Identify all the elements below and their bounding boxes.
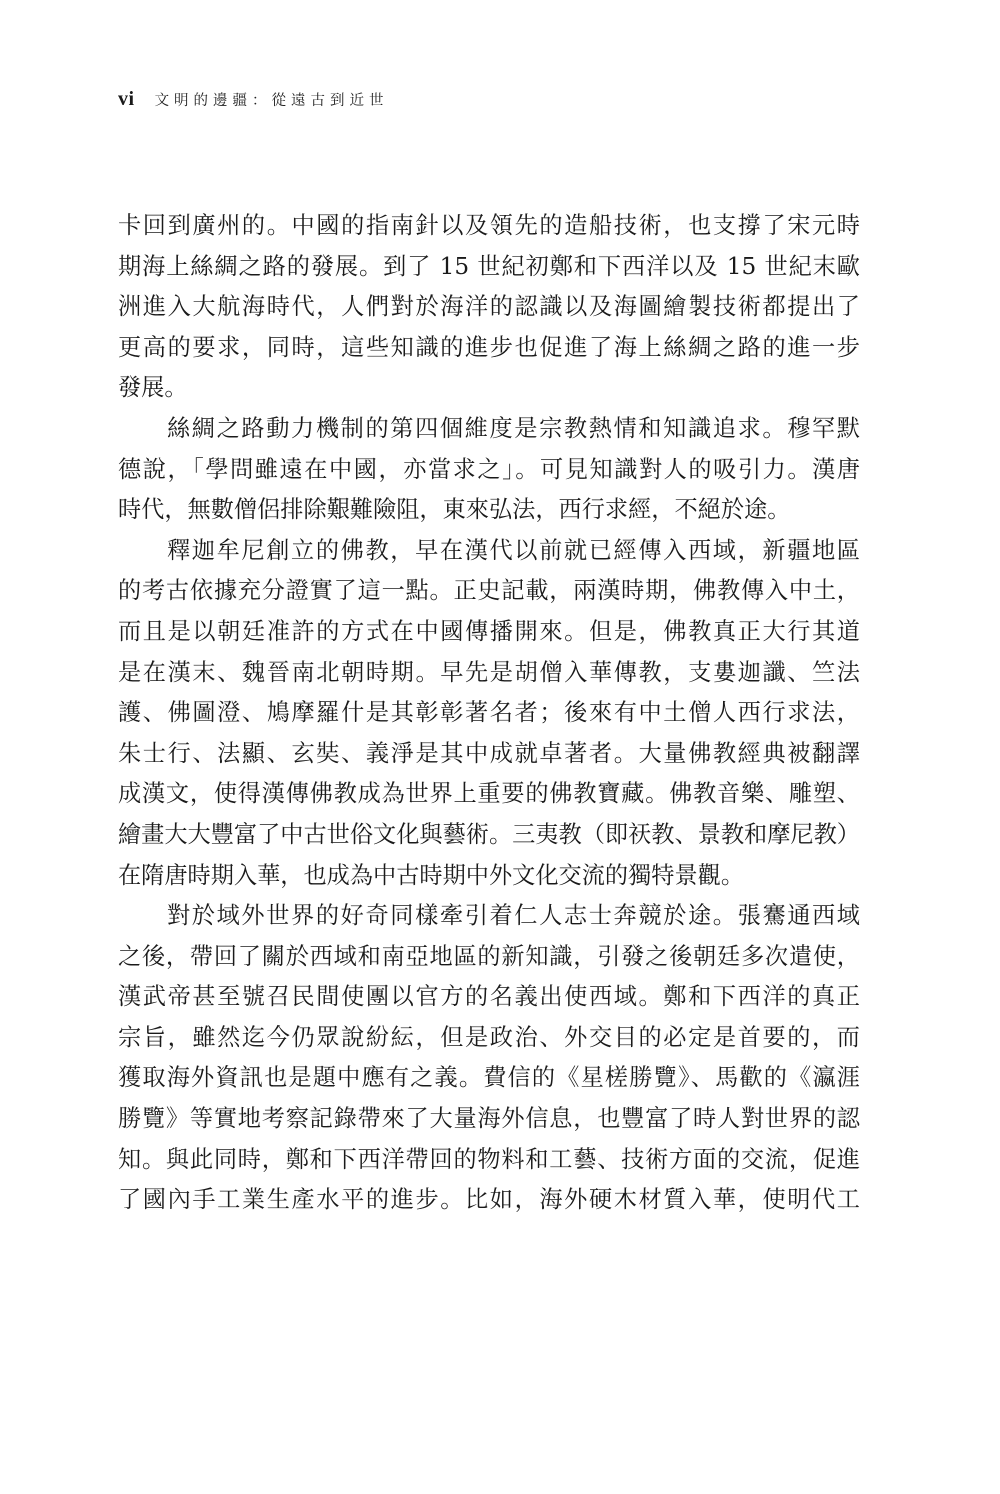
- paragraph-3: 釋迦牟尼創立的佛教，早在漢代以前就已經傳入西域，新疆地區 的考古依據充分證實了這…: [118, 531, 860, 896]
- text-line: 對於域外世界的好奇同樣牽引着仁人志士奔競於途。張騫通西域: [118, 896, 860, 937]
- text-line: 期海上絲綢之路的發展。到了 15 世紀初鄭和下西洋以及 15 世紀末歐: [118, 247, 860, 288]
- text-line: 絲綢之路動力機制的第四個維度是宗教熱情和知識追求。穆罕默: [118, 409, 860, 450]
- book-title: 文明的邊疆：從遠古到近世: [155, 89, 389, 110]
- paragraph-4: 對於域外世界的好奇同樣牽引着仁人志士奔競於途。張騫通西域 之後，帶回了關於西域和…: [118, 896, 860, 1221]
- text-line: 卡回到廣州的。中國的指南針以及領先的造船技術，也支撐了宋元時: [118, 206, 860, 247]
- paragraph-1: 卡回到廣州的。中國的指南針以及領先的造船技術，也支撐了宋元時 期海上絲綢之路的發…: [118, 206, 860, 409]
- text-line: 成漢文，使得漢傳佛教成為世界上重要的佛教寶藏。佛教音樂、雕塑、: [118, 774, 860, 815]
- text-line: 了國內手工業生產水平的進步。比如，海外硬木材質入華，使明代工: [118, 1180, 860, 1221]
- text-line: 是在漢末、魏晉南北朝時期。早先是胡僧入華傳教，支婁迦讖、竺法: [118, 653, 860, 694]
- text-line: 獲取海外資訊也是題中應有之義。費信的《星槎勝覽》、馬歡的《瀛涯: [118, 1058, 860, 1099]
- text-line: 更高的要求，同時，這些知識的進步也促進了海上絲綢之路的進一步: [118, 328, 860, 369]
- text-line: 釋迦牟尼創立的佛教，早在漢代以前就已經傳入西域，新疆地區: [118, 531, 860, 572]
- body-text: 卡回到廣州的。中國的指南針以及領先的造船技術，也支撐了宋元時 期海上絲綢之路的發…: [118, 206, 860, 1221]
- text-line: 漢武帝甚至號召民間使團以官方的名義出使西域。鄭和下西洋的真正: [118, 977, 860, 1018]
- text-line: 朱士行、法顯、玄奘、義淨是其中成就卓著者。大量佛教經典被翻譯: [118, 734, 860, 775]
- text-line: 發展。: [118, 368, 860, 409]
- text-line: 勝覽》等實地考察記錄帶來了大量海外信息，也豐富了時人對世界的認: [118, 1099, 860, 1140]
- text-line: 護、佛圖澄、鳩摩羅什是其彰彰著名者；後來有中土僧人西行求法，: [118, 693, 860, 734]
- text-line: 宗旨，雖然迄今仍眾說紛紜，但是政治、外交目的必定是首要的，而: [118, 1018, 860, 1059]
- text-line: 而且是以朝廷准許的方式在中國傳播開來。但是，佛教真正大行其道: [118, 612, 860, 653]
- text-line: 之後，帶回了關於西域和南亞地區的新知識，引發之後朝廷多次遣使，: [118, 937, 860, 978]
- text-line: 的考古依據充分證實了這一點。正史記載，兩漢時期，佛教傳入中土，: [118, 571, 860, 612]
- text-line: 知。與此同時，鄭和下西洋帶回的物料和工藝、技術方面的交流，促進: [118, 1140, 860, 1181]
- text-line: 德說，「學問雖遠在中國，亦當求之」。可見知識對人的吸引力。漢唐: [118, 450, 860, 491]
- text-line: 繪畫大大豐富了中古世俗文化與藝術。三夷教（即祆教、景教和摩尼教）: [118, 815, 860, 856]
- text-line: 時代，無數僧侶排除艱難險阻，東來弘法，西行求經，不絕於途。: [118, 490, 860, 531]
- page-number: vi: [118, 88, 135, 111]
- running-header: vi 文明的邊疆：從遠古到近世: [118, 88, 389, 111]
- paragraph-2: 絲綢之路動力機制的第四個維度是宗教熱情和知識追求。穆罕默 德說，「學問雖遠在中國…: [118, 409, 860, 531]
- text-line: 洲進入大航海時代，人們對於海洋的認識以及海圖繪製技術都提出了: [118, 287, 860, 328]
- text-line: 在隋唐時期入華，也成為中古時期中外文化交流的獨特景觀。: [118, 856, 860, 897]
